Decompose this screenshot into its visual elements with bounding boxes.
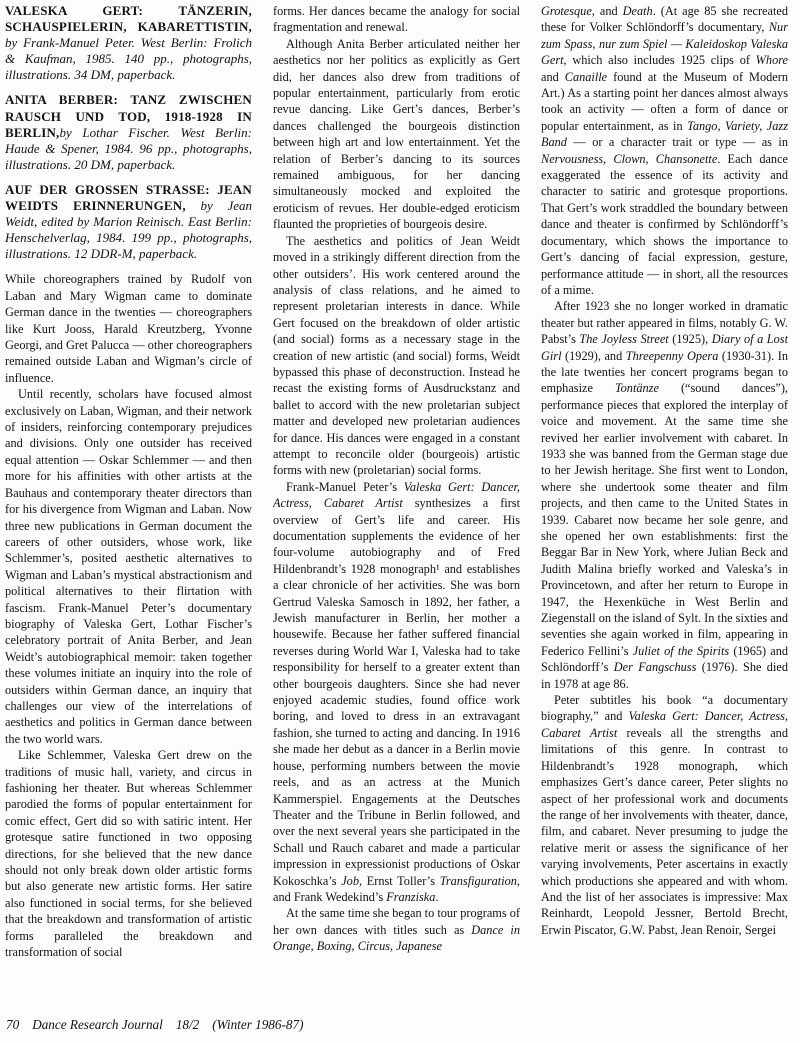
article-paragraph: After 1923 she no longer worked in drama…	[541, 298, 788, 692]
article-paragraph: Although Anita Berber articulated neithe…	[273, 36, 520, 233]
review-title-1: VALESKA GERT: TÄNZERIN, SCHAUSPIELERIN, …	[5, 3, 252, 34]
footer-page-number: 70	[6, 1017, 19, 1032]
text-column-3: Grotesque, and Death. (At age 85 she rec…	[541, 3, 788, 1040]
text-column-2: forms. Her dances became the analogy for…	[273, 3, 520, 1040]
article-paragraph: forms. Her dances became the analogy for…	[273, 3, 520, 36]
journal-page: VALESKA GERT: TÄNZERIN, SCHAUSPIELERIN, …	[0, 0, 800, 1043]
footer-issue-number: 18/2	[176, 1017, 199, 1032]
article-paragraph: Until recently, scholars have focused al…	[5, 386, 252, 747]
article-paragraph: The aesthetics and politics of Jean Weid…	[273, 233, 520, 479]
article-paragraph: Like Schlemmer, Valeska Gert drew on the…	[5, 747, 252, 960]
article-paragraph: At the same time she began to tour progr…	[273, 905, 520, 954]
article-paragraph: Frank-Manuel Peter’s Valeska Gert: Dance…	[273, 479, 520, 906]
text-column-1: VALESKA GERT: TÄNZERIN, SCHAUSPIELERIN, …	[5, 3, 252, 1040]
review-citation-2: ANITA BERBER: TANZ ZWISCHEN RAUSCH UND T…	[5, 92, 252, 172]
review-citation-3: AUF DER GROSSEN STRASSE: JEAN WEIDTS ERI…	[5, 182, 252, 262]
article-paragraph: Peter subtitles his book “a documentary …	[541, 692, 788, 938]
footer-season: (Winter 1986-87)	[212, 1017, 303, 1032]
article-paragraph: While choreographers trained by Rudolf v…	[5, 271, 252, 386]
footer-journal-title: Dance Research Journal	[32, 1017, 163, 1032]
page-footer: 70Dance Research Journal18/2(Winter 1986…	[6, 1017, 303, 1033]
article-paragraph: Grotesque, and Death. (At age 85 she rec…	[541, 3, 788, 298]
article-columns: VALESKA GERT: TÄNZERIN, SCHAUSPIELERIN, …	[5, 3, 788, 1040]
review-publication-info-1: by Frank-Manuel Peter. West Berlin: Frol…	[5, 35, 252, 82]
review-citation-1: VALESKA GERT: TÄNZERIN, SCHAUSPIELERIN, …	[5, 3, 252, 83]
